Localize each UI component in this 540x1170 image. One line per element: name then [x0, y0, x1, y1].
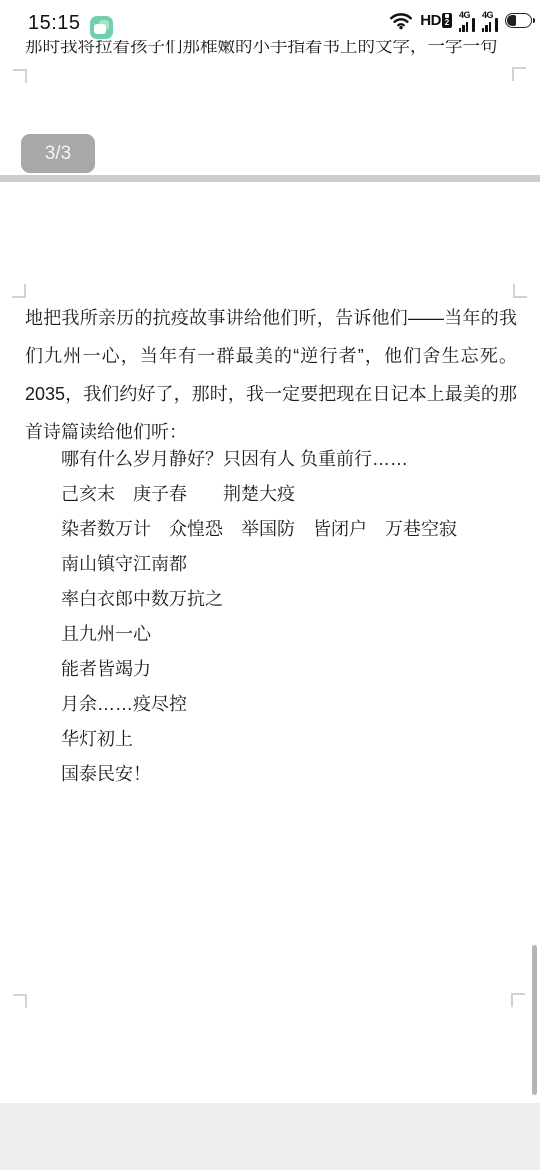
battery-icon: [505, 13, 532, 28]
wifi-icon: [389, 11, 413, 30]
poem-line: 南山镇守江南都: [61, 547, 517, 582]
sim2-network-type-label: 4G: [482, 11, 493, 20]
hd-badge-number: 2: [445, 19, 449, 27]
document-reader-screen: 那时我将拉着孩子们那稚嫩的小手指着书上的文字，一字一句 15:15 HD 2: [0, 0, 540, 1170]
vertical-scrollbar-thumb[interactable]: [532, 945, 537, 1095]
status-bar-right-icons: HD 2 4G 4G: [389, 0, 532, 40]
hd-label: HD: [420, 12, 441, 29]
hd-volte-icon: HD 2: [420, 12, 452, 29]
poem-line: 且九州一心: [61, 617, 517, 652]
poem-line: 月余……疫尽控: [61, 687, 517, 722]
sim1-network-type-label: 4G: [459, 11, 470, 20]
paragraph-line: 2035，我们约好了，那时，我一定要把现在日记本上最美的那: [25, 375, 517, 413]
page-separator: [0, 175, 540, 182]
poem-line: 哪有什么岁月静好？只因有人 负重前行……: [61, 442, 517, 477]
screenshot-tool-icon-front-layer: [94, 24, 106, 34]
sim2-signal-icon: 4G: [482, 8, 498, 32]
hd-sim-badge: 2: [442, 13, 452, 28]
poem-line: 华灯初上: [61, 722, 517, 757]
poem-line: 己亥末 庚子春 荆楚大疫: [61, 477, 517, 512]
sim1-signal-bars: [459, 22, 469, 32]
paragraph-line: 们九州一心，当年有一群最美的“逆行者”，他们舍生忘死。: [25, 337, 517, 375]
android-navigation-bar: [0, 1103, 540, 1170]
hd-badge-dot: [445, 14, 449, 18]
status-bar: 15:15 HD 2 4G: [0, 0, 540, 40]
page-margin-corner-mark: [512, 67, 526, 81]
page-number-badge: 3/3: [21, 134, 95, 173]
page-number-text: 3/3: [45, 143, 71, 165]
document-poem: 哪有什么岁月静好？只因有人 负重前行…… 己亥末 庚子春 荆楚大疫 染者数万计 …: [61, 442, 517, 792]
screenshot-tool-icon: [90, 16, 113, 39]
battery-fill-level: [507, 15, 516, 26]
sim1-signal-tall-bar: [472, 18, 475, 32]
battery-nub: [533, 18, 536, 23]
document-paragraph: 地把我所亲历的抗疫故事讲给他们听，告诉他们——当年的我 们九州一心，当年有一群最…: [25, 299, 517, 451]
poem-line: 染者数万计 众惶恐 举国防 皆闭户 万巷空寂: [61, 512, 517, 547]
page-margin-corner-mark: [513, 284, 527, 298]
sim1-signal-icon: 4G: [459, 8, 475, 32]
clock-text: 15:15: [28, 12, 81, 35]
page-margin-corner-mark: [12, 284, 26, 298]
page-margin-corner-mark: [511, 993, 525, 1007]
page-margin-corner-mark: [13, 69, 27, 83]
paragraph-line: 地把我所亲历的抗疫故事讲给他们听，告诉他们——当年的我: [25, 299, 517, 337]
poem-line: 率白衣郎中数万抗之: [61, 582, 517, 617]
sim2-signal-tall-bar: [495, 18, 498, 32]
sim2-signal-bars: [482, 22, 492, 32]
poem-line: 国泰民安！: [61, 757, 517, 792]
poem-line: 能者皆竭力: [61, 652, 517, 687]
page-margin-corner-mark: [13, 994, 27, 1008]
